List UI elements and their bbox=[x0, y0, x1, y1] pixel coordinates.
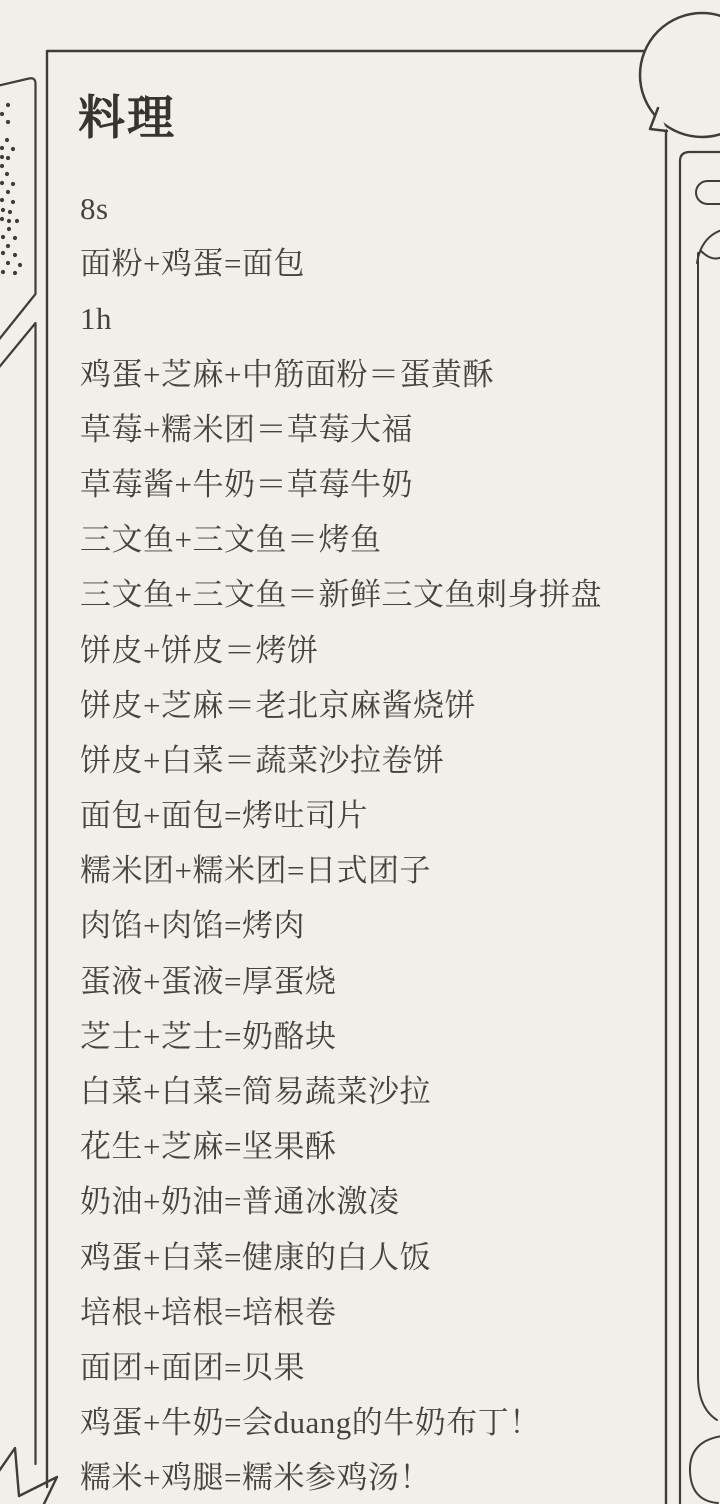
recipe-line: 糯米+鸡腿=糯米参鸡汤！ bbox=[80, 1450, 680, 1504]
recipe-line: 肉馅+肉馅=烤肉 bbox=[80, 898, 680, 953]
recipe-line: 白菜+白菜=简易蔬菜沙拉 bbox=[80, 1064, 680, 1119]
recipe-list: 8s 面粉+鸡蛋=面包 1h 鸡蛋+芝麻+中筋面粉＝蛋黄酥 草莓+糯米团＝草莓大… bbox=[80, 181, 680, 1504]
recipe-line: 草莓+糯米团＝草莓大福 bbox=[80, 402, 680, 457]
recipe-line: 奶油+奶油=普通冰激凌 bbox=[80, 1174, 680, 1229]
recipe-line: 培根+培根=培根卷 bbox=[80, 1285, 680, 1340]
recipe-line: 三文鱼+三文鱼＝新鲜三文鱼刺身拼盘 bbox=[80, 567, 680, 622]
recipe-line: 饼皮+饼皮＝烤饼 bbox=[80, 623, 680, 678]
recipe-line: 芝士+芝士=奶酪块 bbox=[80, 1009, 680, 1064]
recipe-panel: 料理 8s 面粉+鸡蛋=面包 1h 鸡蛋+芝麻+中筋面粉＝蛋黄酥 草莓+糯米团＝… bbox=[0, 0, 720, 1504]
recipe-line: 蛋液+蛋液=厚蛋烧 bbox=[80, 954, 680, 1009]
recipe-line: 1h bbox=[80, 291, 680, 346]
recipe-line: 8s bbox=[80, 181, 680, 236]
page-title: 料理 bbox=[78, 90, 176, 149]
recipe-line: 面粉+鸡蛋=面包 bbox=[80, 236, 680, 291]
recipe-line: 糯米团+糯米团=日式团子 bbox=[80, 843, 680, 898]
recipe-line: 面团+面团=贝果 bbox=[80, 1340, 680, 1395]
recipe-line: 草莓酱+牛奶＝草莓牛奶 bbox=[80, 457, 680, 512]
recipe-line: 鸡蛋+牛奶=会duang的牛奶布丁！ bbox=[80, 1395, 680, 1450]
recipe-line: 花生+芝麻=坚果酥 bbox=[80, 1119, 680, 1174]
recipe-line: 饼皮+白菜＝蔬菜沙拉卷饼 bbox=[80, 733, 680, 788]
recipe-line: 面包+面包=烤吐司片 bbox=[80, 788, 680, 843]
recipe-line: 三文鱼+三文鱼＝烤鱼 bbox=[80, 512, 680, 567]
notebook-page: 料理 8s 面粉+鸡蛋=面包 1h 鸡蛋+芝麻+中筋面粉＝蛋黄酥 草莓+糯米团＝… bbox=[0, 0, 720, 1504]
recipe-line: 鸡蛋+白菜=健康的白人饭 bbox=[80, 1230, 680, 1285]
recipe-line: 饼皮+芝麻＝老北京麻酱烧饼 bbox=[80, 678, 680, 733]
recipe-line: 鸡蛋+芝麻+中筋面粉＝蛋黄酥 bbox=[80, 347, 680, 402]
